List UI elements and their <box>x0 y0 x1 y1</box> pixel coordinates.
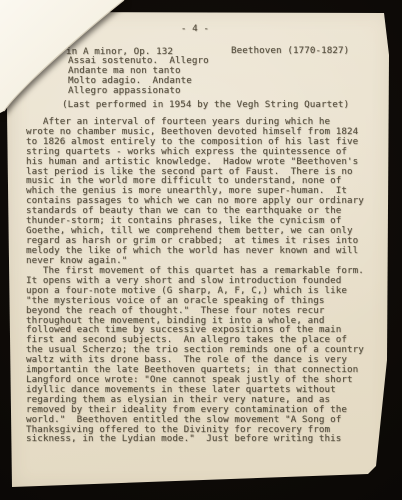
program-note-paragraph-1: After an interval of fourteen years duri… <box>26 117 388 266</box>
photo-background: - 4 - Quartet in A minor, Op. 132 Beetho… <box>0 0 402 500</box>
composer-name: Beethoven (1770-1827) <box>231 46 349 56</box>
program-note-paragraph-2: The first movement of this quartet has a… <box>26 266 388 444</box>
page-corner-fold <box>0 0 150 125</box>
